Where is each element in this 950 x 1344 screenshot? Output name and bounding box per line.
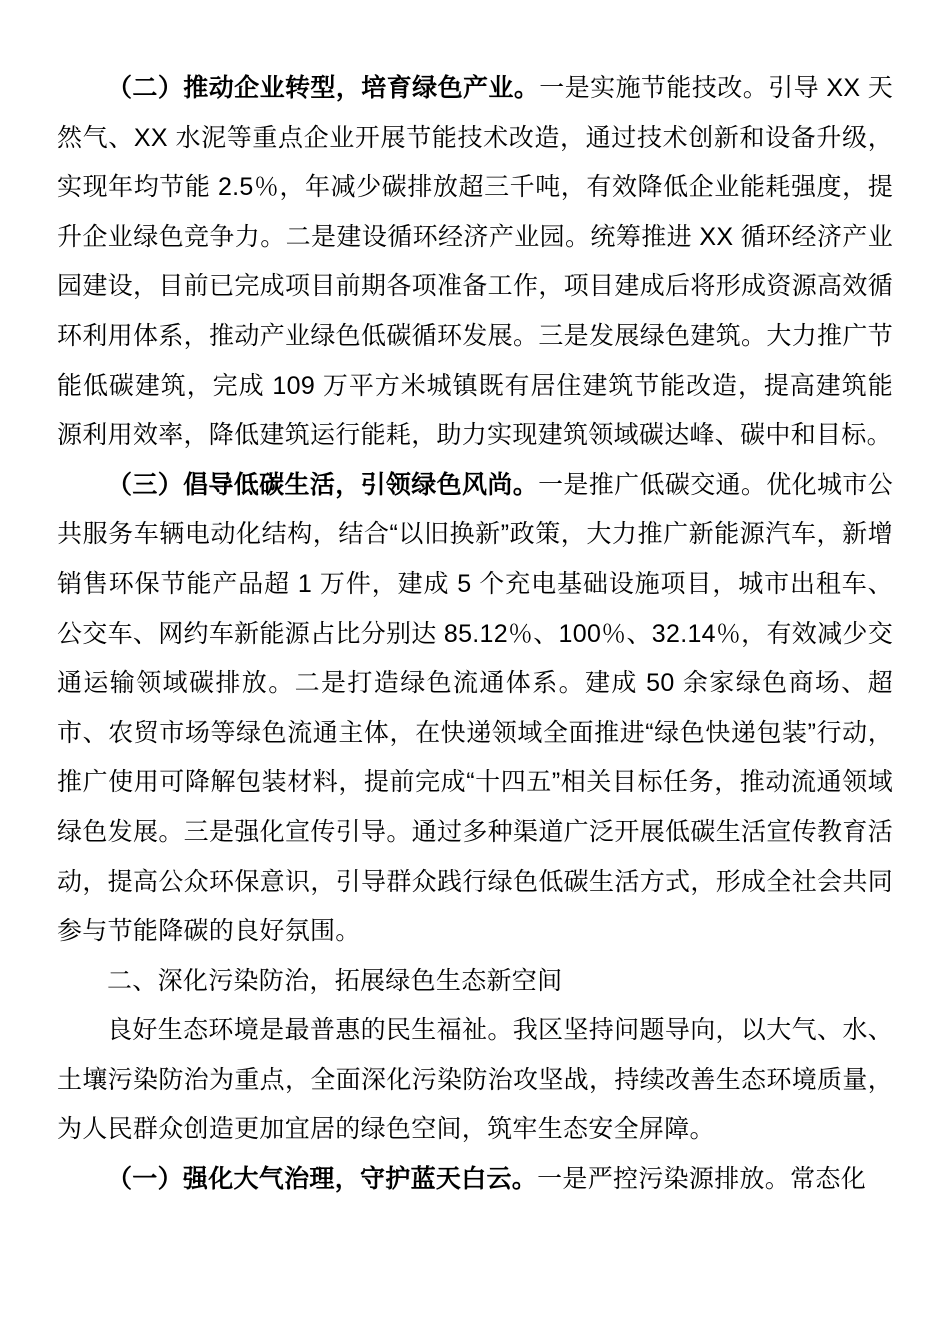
paragraph-section-2-green-industry: （二）推动企业转型，培育绿色产业。一是实施节能技改。引导 XX 天然气、XX 水… — [57, 64, 893, 461]
paragraph-part-2-heading: 二、深化污染防治，拓展绿色生态新空间 — [57, 957, 893, 1007]
paragraph-text: 一是推广低碳交通。优化城市公共服务车辆电动化结构，结合“以旧换新”政策，大力推广… — [57, 471, 893, 945]
paragraph-part-2-intro: 良好生态环境是最普惠的民生福祉。我区坚持问题导向，以大气、水、土壤污染防治为重点… — [57, 1006, 893, 1155]
paragraph-section-1-air-quality: （一）强化大气治理，守护蓝天白云。一是严控污染源排放。常态化 — [57, 1155, 893, 1205]
heading-text: 二、深化污染防治，拓展绿色生态新空间 — [107, 967, 562, 995]
paragraph-text: 一是严控污染源排放。常态化 — [537, 1165, 866, 1193]
paragraph-lead-bold: （一）强化大气治理，守护蓝天白云。 — [107, 1165, 537, 1193]
document-page: （二）推动企业转型，培育绿色产业。一是实施节能技改。引导 XX 天然气、XX 水… — [0, 0, 950, 1344]
paragraph-lead-bold: （二）推动企业转型，培育绿色产业。 — [107, 74, 539, 102]
paragraph-lead-bold: （三）倡导低碳生活，引领绿色风尚。 — [107, 471, 538, 499]
paragraph-section-3-low-carbon-life: （三）倡导低碳生活，引领绿色风尚。一是推广低碳交通。优化城市公共服务车辆电动化结… — [57, 461, 893, 957]
paragraph-text: 良好生态环境是最普惠的民生福祉。我区坚持问题导向，以大气、水、土壤污染防治为重点… — [57, 1016, 893, 1143]
paragraph-text: 一是实施节能技改。引导 XX 天然气、XX 水泥等重点企业开展节能技术改造，通过… — [57, 74, 893, 449]
